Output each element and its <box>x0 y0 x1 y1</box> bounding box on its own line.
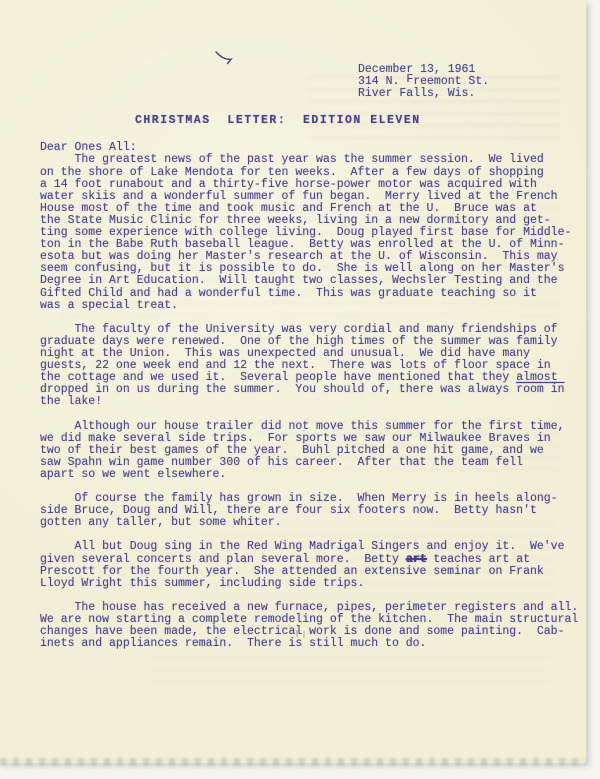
text-run: Gifted Child and had a wonderful time. T… <box>40 287 537 300</box>
text-run: Prescott for the fourth year. She attend… <box>40 565 544 578</box>
letter-title: CHRISTMAS LETTER: EDITION ELEVEN <box>135 115 580 127</box>
letter-body: The greatest news of the past year was t… <box>40 154 580 650</box>
text-run: Degree in Art Education. Will taught two… <box>40 274 558 287</box>
letter-line: dropped in on us during the summer. You … <box>40 384 580 396</box>
scanner-background: December 13, 1961 314 N. Freemont St. Ri… <box>0 0 600 779</box>
text-run: F <box>406 73 413 86</box>
text-run: dropped in on us during the summer. You … <box>40 383 516 396</box>
text-run: two of their best games of the year. Buh… <box>40 444 544 457</box>
text-run: saw Spahn win game number 300 of his car… <box>40 456 523 469</box>
text-run: The house has received a new furnace, pi… <box>40 601 578 614</box>
date-block: December 13, 1961 314 N. Freemont St. Ri… <box>358 64 580 100</box>
paragraph: The house has received a new furnace, pi… <box>40 602 580 650</box>
city-line: River Falls, Wis. <box>358 88 580 100</box>
paragraph: All but Doug sing in the Red Wing Madrig… <box>40 541 580 589</box>
text-run: water skiis and a wonderful summer of fu… <box>40 190 558 203</box>
text-run: was a special treat. <box>40 299 178 312</box>
text-run: on the shore of Lake Mendota for ten wee… <box>40 166 544 179</box>
text-run: The greatest news of the past year was t… <box>40 153 544 166</box>
paragraph: The faculty of the University was very c… <box>40 324 580 409</box>
letter-paper: December 13, 1961 314 N. Freemont St. Ri… <box>0 0 586 763</box>
paragraph: The greatest news of the past year was t… <box>40 154 580 311</box>
text-run: art <box>406 553 427 566</box>
text-run: inets and appliances remain. There is st… <box>40 637 426 650</box>
letter-line: Lloyd Wright this summer, including side… <box>40 578 580 590</box>
text-run: the lake! <box>40 395 102 408</box>
text-run: apart so we went elsewhere. <box>40 468 226 481</box>
letter-line: apart so we went elsewhere. <box>40 469 580 481</box>
typed-content: December 13, 1961 314 N. Freemont St. Ri… <box>40 64 580 650</box>
paragraph: Of course the family has grown in size. … <box>40 493 580 529</box>
text-run: given several concerts and plan several … <box>40 553 406 566</box>
text-run: Lloyd Wright this summer, including side… <box>40 577 364 590</box>
letter-line: was a special treat. <box>40 300 580 312</box>
text-run: teaches art at <box>426 553 530 566</box>
text-run: Although our house trailer did not move … <box>40 420 565 433</box>
bleed-through-ghost <box>150 656 550 692</box>
text-run: The faculty of the University was very c… <box>40 323 558 336</box>
text-run: room in <box>516 383 564 396</box>
text-run: gotten any taller, but some whiter. <box>40 516 282 529</box>
text-run: the State Music Clinic for three weeks, … <box>40 214 551 227</box>
text-run: All but Doug sing in the Red Wing Madrig… <box>40 540 565 553</box>
text-run: a 14 foot runabout and a thirty-five hor… <box>40 178 537 191</box>
text-run: House most of the time and took music an… <box>40 202 537 215</box>
letter-line: inets and appliances remain. There is st… <box>40 638 580 650</box>
text-run: graduate days were renewed. One of the h… <box>40 335 558 348</box>
text-run: we did make several side trips. For spor… <box>40 432 551 445</box>
letter-line: gotten any taller, but some whiter. <box>40 517 580 529</box>
paragraph: Although our house trailer did not move … <box>40 421 580 481</box>
letter-line: the lake! <box>40 396 580 408</box>
